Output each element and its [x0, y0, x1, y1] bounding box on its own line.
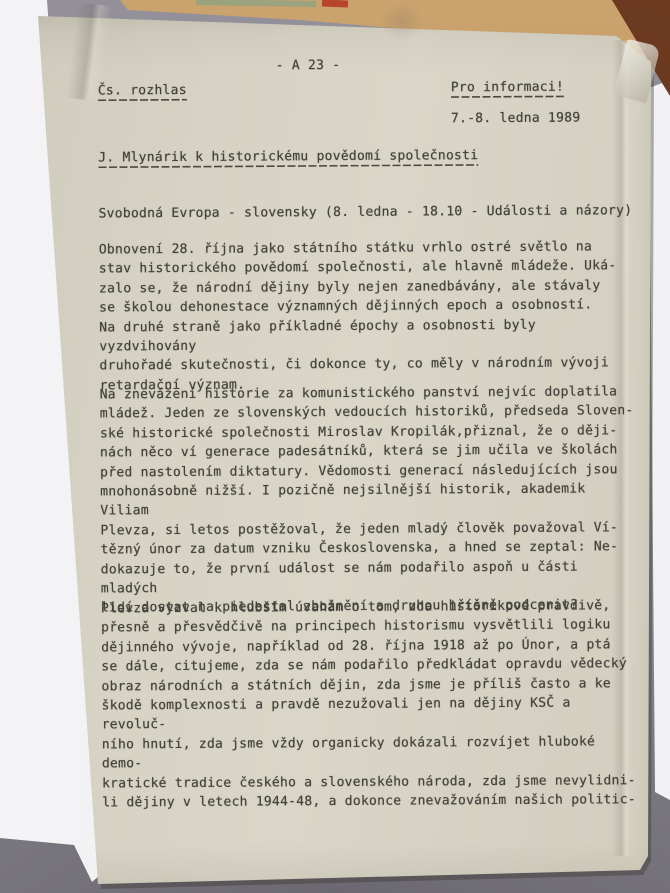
header-org-text: Čs. rozhlas: [98, 83, 187, 102]
photographed-document-scene: - A 23 - Čs. rozhlas Pro informaci! 7.-8…: [0, 0, 670, 893]
source-line: Svobodná Evropa - slovensky (8. ledna - …: [99, 201, 633, 224]
header-date: 7.-8. ledna 1989: [451, 108, 581, 128]
header-notice: Pro informaci!: [451, 78, 564, 98]
header-notice-text: Pro informaci!: [451, 80, 564, 99]
paragraph-3: Plevza vyzval k hlubším úvahám o tom, zd…: [101, 596, 642, 813]
document-title-text: J. Mlynárik k historickému povědomí spol…: [98, 148, 478, 168]
header-org: Čs. rozhlas: [98, 81, 187, 101]
paragraph-1: Obnovení 28. října jako státního státku …: [99, 237, 640, 396]
document-title: J. Mlynárik k historickému povědomí spol…: [98, 146, 478, 168]
page-text-layer: - A 23 - Čs. rozhlas Pro informaci! 7.-8…: [0, 0, 670, 893]
paragraph-2: Na znevážení historie za komunistického …: [100, 382, 641, 618]
page-number-label: - A 23 -: [276, 56, 341, 76]
